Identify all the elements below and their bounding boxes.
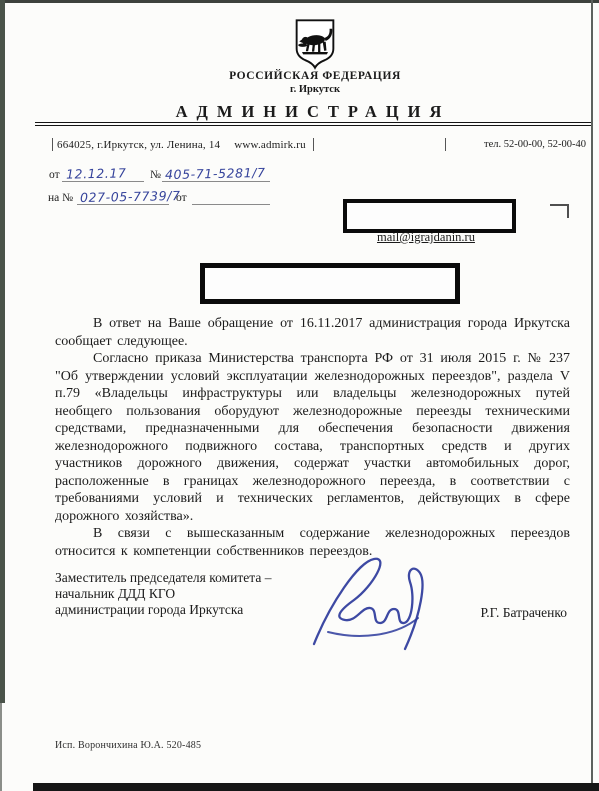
- reply-date-label: от: [176, 192, 187, 204]
- body-paragraph-2: Согласно приказа Министерства транспорта…: [55, 350, 570, 525]
- reply-number-handwritten: 027-05-7739/7: [80, 188, 181, 205]
- field-underline: [62, 181, 144, 182]
- field-underline: [77, 204, 169, 205]
- separator-tick: [52, 138, 53, 151]
- scan-edge-bottom: [33, 783, 599, 791]
- letterhead-rule: [35, 122, 591, 126]
- separator-tick: [313, 138, 314, 151]
- field-underline: [192, 204, 270, 205]
- letterhead-city: г. Иркутск: [140, 84, 490, 95]
- redaction-box-recipient: [343, 199, 516, 233]
- outgoing-date-label: от: [49, 169, 60, 181]
- website-text: www.admirk.ru: [234, 139, 306, 151]
- outgoing-date-handwritten: 12.12.17: [66, 165, 127, 181]
- letterhead-phone: тел. 52-00-00, 52-00-40: [448, 139, 586, 150]
- redaction-box-address: [200, 263, 460, 304]
- field-underline: [162, 181, 270, 182]
- outgoing-number-label: №: [150, 169, 161, 181]
- executor-note: Исп. Ворончихина Ю.А. 520-485: [55, 740, 201, 751]
- signer-position-title: Заместитель председателя комитета – нача…: [55, 570, 271, 618]
- letterhead-organization: АДМИНИСТРАЦИЯ: [35, 102, 591, 122]
- letter-body: В ответ на Ваше обращение от 16.11.2017 …: [55, 315, 570, 560]
- scan-edge-right: [591, 0, 593, 791]
- address-text: 664025, г.Иркутск, ул. Ленина, 14: [57, 139, 220, 151]
- body-paragraph-1: В ответ на Ваше обращение от 16.11.2017 …: [55, 315, 570, 350]
- scan-edge-top: [0, 0, 599, 3]
- irkutsk-coat-of-arms-icon: [292, 18, 338, 75]
- scanned-letter-page: РОССИЙСКАЯ ФЕДЕРАЦИЯ г. Иркутск АДМИНИСТ…: [0, 0, 599, 791]
- scan-edge-left-lower: [0, 703, 2, 791]
- outgoing-number-handwritten: 405-71-5281/7: [165, 165, 266, 182]
- signer-name: Р.Г. Батраченко: [420, 605, 567, 621]
- address-corner-mark: [550, 204, 569, 218]
- scan-edge-left: [0, 0, 5, 703]
- letterhead-country: РОССИЙСКАЯ ФЕДЕРАЦИЯ: [140, 70, 490, 82]
- recipient-email: mail@igrajdanin.ru: [340, 230, 512, 245]
- separator-tick: [445, 138, 446, 151]
- letterhead-address: 664025, г.Иркутск, ул. Ленина, 14www.adm…: [57, 139, 306, 151]
- reply-number-label: на №: [48, 192, 73, 204]
